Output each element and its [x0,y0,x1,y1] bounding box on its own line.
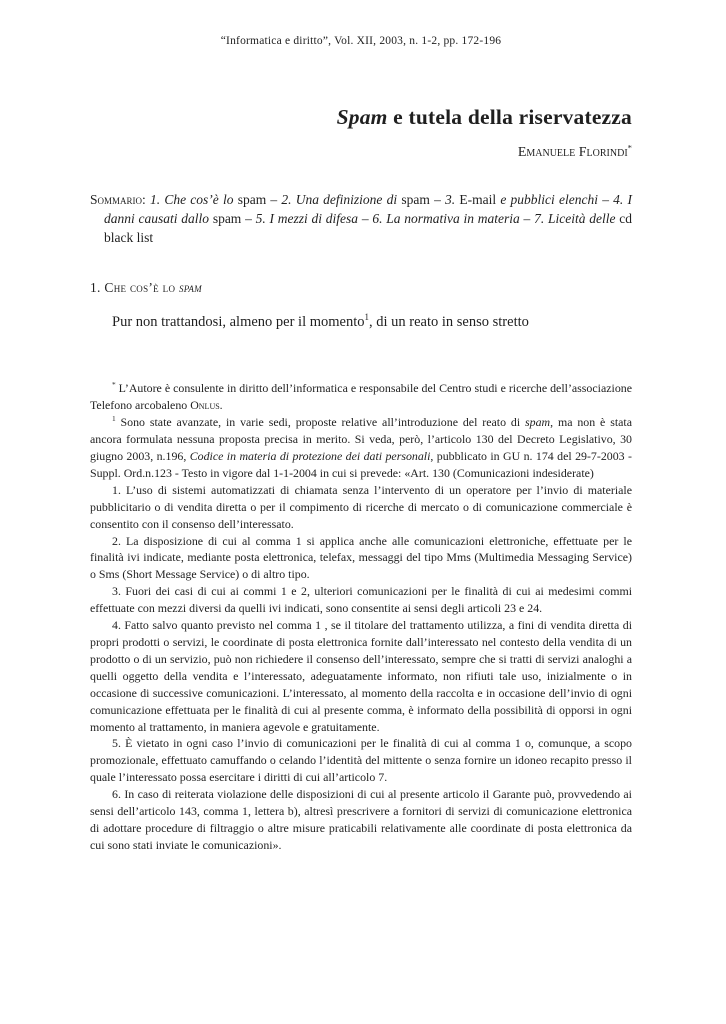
text-segment: . [220,398,223,412]
text-segment: 2. La disposizione di cui al comma 1 si … [90,534,632,582]
text-segment: spam [525,415,550,429]
text-segment: 1. [90,280,104,295]
text-segment: 3. Fuori dei casi di cui ai commi 1 e 2,… [90,584,632,615]
footnote-author-note: * L’Autore è consulente in diritto dell’… [90,380,632,414]
body-paragraph: Pur non trattandosi, almeno per il momen… [90,312,632,332]
text-segment: spam [179,280,202,295]
text-segment: Che cos’è lo [104,280,179,295]
text-segment: Sono state avanzate, in varie sedi, prop… [116,415,525,429]
text-segment: spam [401,192,430,207]
footnote-1-comma-5: 5. È vietato in ogni caso l’invio di com… [90,735,632,786]
text-segment: Sommario: [90,192,150,207]
text-segment: – 5. I mezzi di difesa – 6. La normativa… [241,211,619,226]
article-title: Spam e tutela della riservatezza [90,104,632,130]
text-segment: e tutela della riservatezza [388,105,632,129]
text-segment: 5. È vietato in ogni caso l’invio di com… [90,736,632,784]
text-segment: Spam [337,105,388,129]
footnotes-section: * L’Autore è consulente in diritto dell’… [90,380,632,853]
text-segment: Onlus [190,398,219,412]
author-line: Emanuele Florindi* [90,144,632,162]
text-segment: Codice in materia di protezione dei dati… [190,449,431,463]
text-segment: * [628,143,632,153]
text-segment: L’Autore è consulente in diritto dell’in… [90,381,632,412]
text-segment: – 2. Una definizione di [266,192,401,207]
text-segment: spam [213,211,242,226]
text-segment: spam [238,192,267,207]
text-segment: E-mail [459,192,500,207]
text-segment: – 3. [430,192,460,207]
footnote-1-comma-2: 2. La disposizione di cui al comma 1 si … [90,533,632,584]
text-segment: 1. Che cos’è lo [150,192,238,207]
footnote-1: 1 Sono state avanzate, in varie sedi, pr… [90,414,632,482]
text-segment: 1. L’uso di sistemi automatizzati di chi… [90,483,632,531]
journal-citation-header: “Informatica e diritto”, Vol. XII, 2003,… [90,34,632,48]
footnote-1-comma-4: 4. Fatto salvo quanto previsto nel comma… [90,617,632,735]
text-segment: 6. In caso di reiterata violazione delle… [90,787,632,852]
footnote-1-comma-1: 1. L’uso di sistemi automatizzati di chi… [90,482,632,533]
text-segment: Emanuele Florindi [518,145,628,160]
text-segment: 4. Fatto salvo quanto previsto nel comma… [90,618,632,733]
footnote-1-comma-6: 6. In caso di reiterata violazione delle… [90,786,632,854]
footnote-1-comma-3: 3. Fuori dei casi di cui ai commi 1 e 2,… [90,583,632,617]
sommario-summary: Sommario: 1. Che cos’è lo spam – 2. Una … [90,190,632,247]
section-heading-1: 1. Che cos’è lo spam [90,279,632,296]
text-segment: Pur non trattandosi, almeno per il momen… [112,314,365,330]
article-page: “Informatica e diritto”, Vol. XII, 2003,… [0,0,726,1024]
text-segment: , di un reato in senso stretto [369,314,529,330]
